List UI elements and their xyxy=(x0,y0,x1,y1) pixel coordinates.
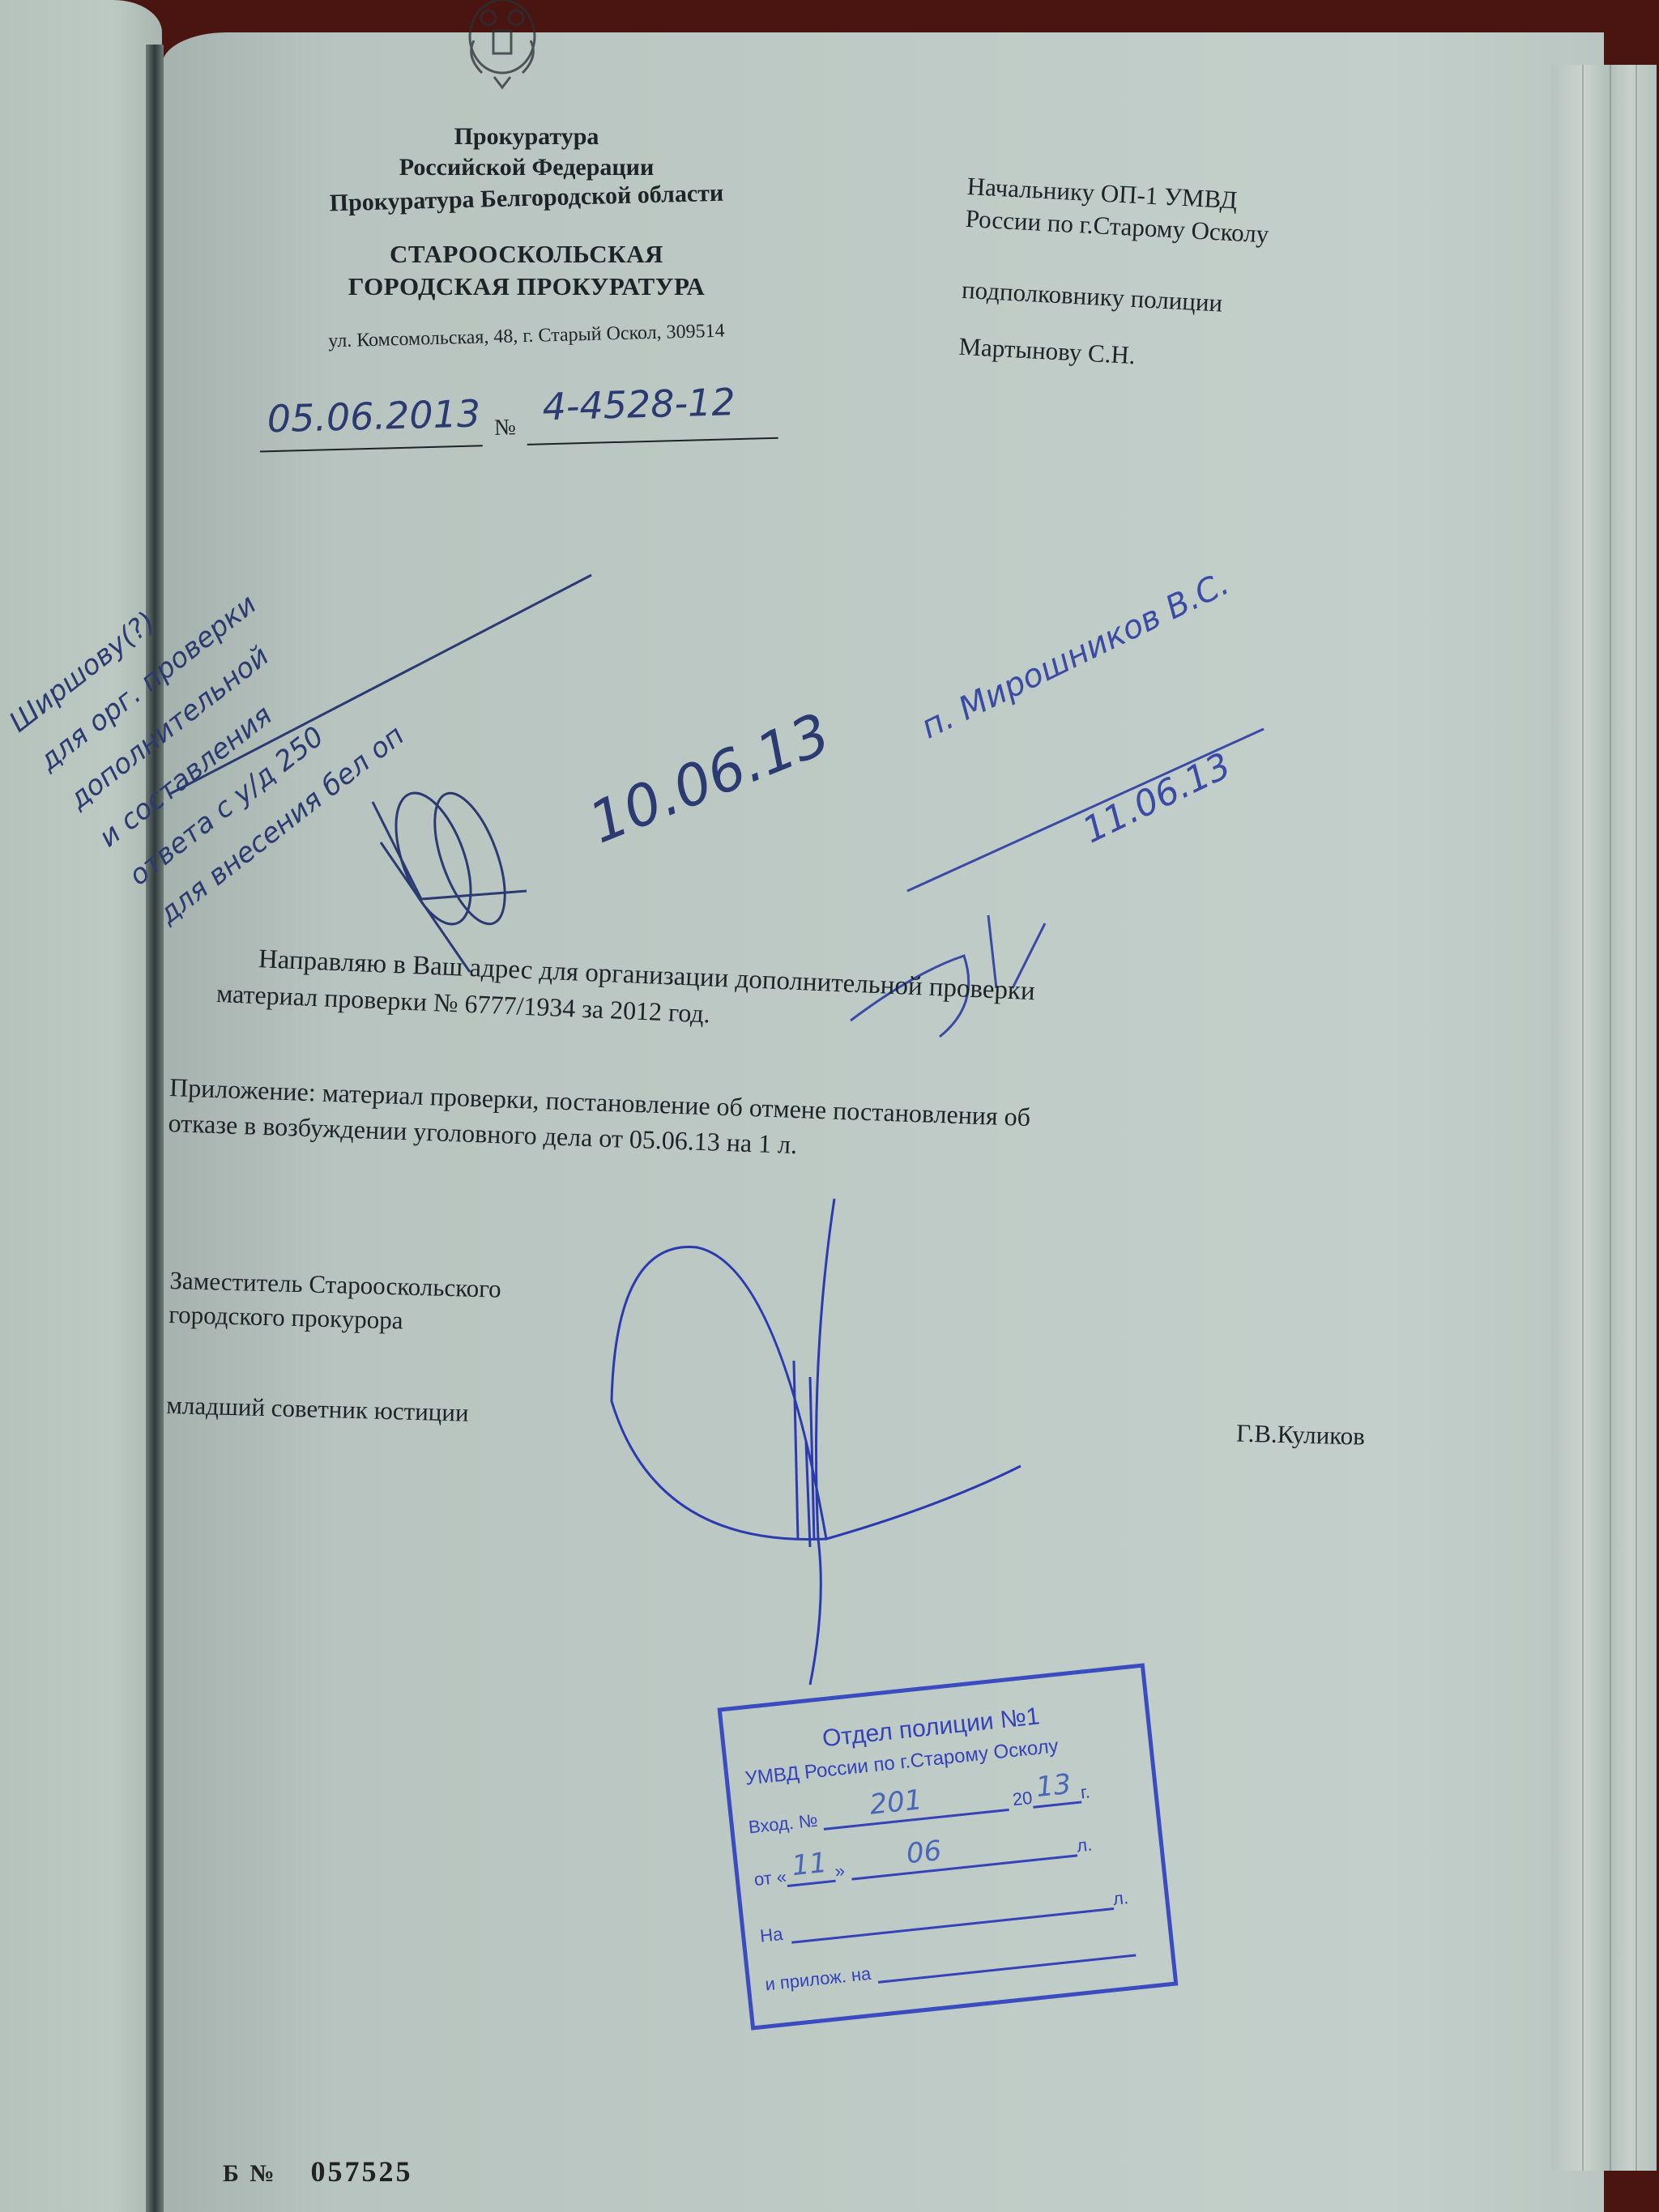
coat-of-arms-icon xyxy=(458,0,547,89)
year-field: 13 xyxy=(1031,1780,1082,1809)
org-line-1: Прокуратура xyxy=(243,121,810,152)
month-field: 06 xyxy=(850,1833,1077,1880)
day-field: 11 xyxy=(785,1859,836,1887)
incoming-number-field: 201 xyxy=(821,1788,1009,1831)
office-line-1: СТАРООСКОЛЬСКАЯ xyxy=(243,238,810,271)
form-serial-number: Б № 057525 xyxy=(223,2154,412,2189)
outgoing-number: 4-4528-12 xyxy=(542,380,736,428)
page-stack-edge xyxy=(1551,65,1657,2171)
book-gutter xyxy=(146,45,164,2212)
stamp-attach-row: и прилож. на xyxy=(764,1931,1153,1995)
sender-header: Прокуратура Российской Федерации Прокура… xyxy=(243,121,810,347)
resolution-signature-right xyxy=(851,713,1353,1004)
left-facing-page xyxy=(0,0,162,2212)
office-line-2: ГОРОДСКАЯ ПРОКУРАТУРА xyxy=(243,271,810,303)
prosecutor-signature xyxy=(567,1199,1053,1685)
incoming-registration-stamp: Отдел полиции №1 УМВД России по г.Старом… xyxy=(718,1663,1179,2030)
signatory-name: Г.В.Куликов xyxy=(1236,1417,1366,1454)
resolution-signature-left xyxy=(154,518,737,972)
stamp-date-row: от « 11 » 06 л. xyxy=(753,1826,1141,1890)
recipient-block: Начальнику ОП-1 УМВД России по г.Старому… xyxy=(958,170,1422,386)
